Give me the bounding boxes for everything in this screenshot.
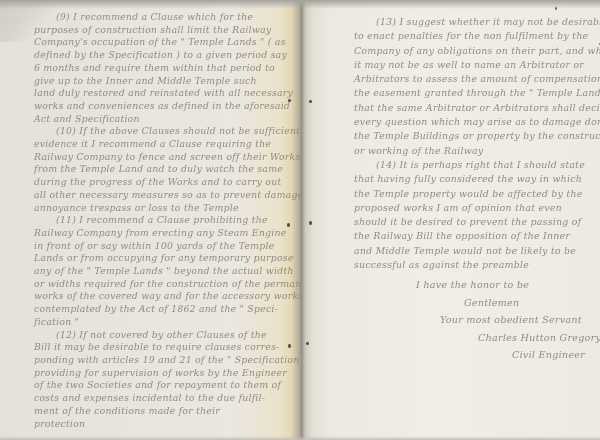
scan-edge-top bbox=[0, 0, 600, 9]
manuscript-line: Company's occupation of the " Temple Lan… bbox=[34, 37, 302, 50]
manuscript-line: ponding with articles 19 and 21 of the "… bbox=[34, 355, 302, 368]
left-page-text: (9) I recommend a Clause which for thepu… bbox=[34, 12, 302, 431]
right-page-text: (13) I suggest whether it may not be des… bbox=[354, 16, 600, 365]
manuscript-line: any of the " Temple Lands " beyond the a… bbox=[34, 266, 302, 279]
manuscript-line: every question which may arise as to dam… bbox=[354, 116, 600, 130]
manuscript-line: purposes of construction shall limit the… bbox=[34, 25, 302, 38]
manuscript-line: fication " bbox=[34, 317, 302, 330]
manuscript-line: Lands or from occupying for any temporar… bbox=[34, 253, 302, 266]
manuscript-line: Arbitrators to assess the amount of comp… bbox=[354, 73, 600, 87]
manuscript-right-page: (13) I suggest whether it may not be des… bbox=[302, 0, 600, 440]
manuscript-line: evidence it I recommend a Clause requiri… bbox=[34, 139, 302, 152]
manuscript-line: during the progress of the Works and to … bbox=[34, 177, 302, 190]
subscription-line: Your most obedient Servant bbox=[440, 312, 600, 330]
stitch-hole bbox=[287, 223, 290, 227]
manuscript-line: works and conveniences as defined in the… bbox=[34, 101, 302, 114]
manuscript-line: or working of the Railway bbox=[354, 145, 600, 159]
manuscript-line: providing for supervision of works by th… bbox=[34, 368, 302, 381]
manuscript-line: Railway Company to fence and screen off … bbox=[34, 152, 302, 165]
manuscript-line: protection bbox=[34, 419, 302, 432]
manuscript-line: of the two Societies and for repayment t… bbox=[34, 380, 302, 393]
manuscript-line: from the Temple Land and to duly watch t… bbox=[34, 164, 302, 177]
manuscript-line: proposed works I am of opinion that even bbox=[354, 202, 600, 216]
manuscript-line: the easement granted through the " Templ… bbox=[354, 87, 600, 101]
manuscript-line: contemplated by the Act of 1862 and the … bbox=[34, 304, 302, 317]
stitch-hole bbox=[288, 99, 291, 102]
manuscript-line: Act and Specification bbox=[34, 114, 302, 127]
manuscript-left-page: (9) I recommend a Clause which for thepu… bbox=[0, 0, 302, 440]
manuscript-line: Company of any obligations on their part… bbox=[354, 45, 600, 59]
signature-title: Civil Engineer bbox=[512, 347, 600, 365]
manuscript-line: (10) If the above Clauses should not be … bbox=[34, 126, 302, 139]
manuscript-line: (13) I suggest whether it may not be des… bbox=[354, 16, 600, 30]
manuscript-line: (9) I recommend a Clause which for the bbox=[34, 12, 302, 25]
manuscript-line: (12) If not covered by other Clauses of … bbox=[34, 330, 302, 343]
manuscript-line: give up to the Inner and Middle Temple s… bbox=[34, 76, 302, 89]
manuscript-line: annoyance trespass or loss to the Temple bbox=[34, 203, 302, 216]
manuscript-line: ment of the conditions made for their bbox=[34, 406, 302, 419]
manuscript-line: all other necessary measures so as to pr… bbox=[34, 190, 302, 203]
manuscript-line: in front of or say within 100 yards of t… bbox=[34, 241, 302, 254]
manuscript-line: Railway Company from erecting any Steam … bbox=[34, 228, 302, 241]
manuscript-line: works of the covered way and for the acc… bbox=[34, 291, 302, 304]
manuscript-line: 6 months and require them within that pe… bbox=[34, 63, 302, 76]
manuscript-line: defined by the Specification ) to a give… bbox=[34, 50, 302, 63]
manuscript-scan: (9) I recommend a Clause which for thepu… bbox=[0, 0, 600, 440]
manuscript-line: should it be desired to prevent the pass… bbox=[354, 216, 600, 230]
signature-name: Charles Hutton Gregory bbox=[478, 330, 600, 348]
manuscript-line: successful as against the preamble bbox=[354, 259, 600, 273]
manuscript-line: (14) It is perhaps right that I should s… bbox=[354, 159, 600, 173]
manuscript-line: that the same Arbitrator or Arbitrators … bbox=[354, 102, 600, 116]
manuscript-line: land duly restored and reinstated with a… bbox=[34, 88, 302, 101]
manuscript-line: the Temple Buildings or property by the … bbox=[354, 130, 600, 144]
scan-edge-bottom bbox=[0, 436, 600, 440]
manuscript-line: the Temple property would be affected by… bbox=[354, 188, 600, 202]
manuscript-line: and Middle Temple would not be likely to… bbox=[354, 245, 600, 259]
manuscript-line: that having fully considered the way in … bbox=[354, 173, 600, 187]
stitch-hole bbox=[309, 221, 312, 225]
stitch-hole bbox=[306, 342, 309, 345]
manuscript-line: to enact penalties for the non fulfilmen… bbox=[354, 30, 600, 44]
valediction-line: I have the honor to be bbox=[416, 277, 600, 295]
letter-closing: I have the honor to be Gentlemen Your mo… bbox=[354, 277, 600, 365]
salutation-line: Gentlemen bbox=[464, 295, 600, 313]
right-page-lines: (13) I suggest whether it may not be des… bbox=[354, 16, 600, 273]
manuscript-line: costs and expenses incidental to the due… bbox=[34, 393, 302, 406]
manuscript-line: the Railway Bill the opposition of the I… bbox=[354, 230, 600, 244]
stitch-hole bbox=[309, 100, 312, 103]
manuscript-line: Bill it may be desirable to require clau… bbox=[34, 342, 302, 355]
manuscript-line: it may not be as well to name an Arbitra… bbox=[354, 59, 600, 73]
stitch-hole bbox=[288, 344, 291, 348]
manuscript-line: (11) I recommend a Clause prohibiting th… bbox=[34, 215, 302, 228]
manuscript-line: or widths required for the construction … bbox=[34, 279, 302, 292]
